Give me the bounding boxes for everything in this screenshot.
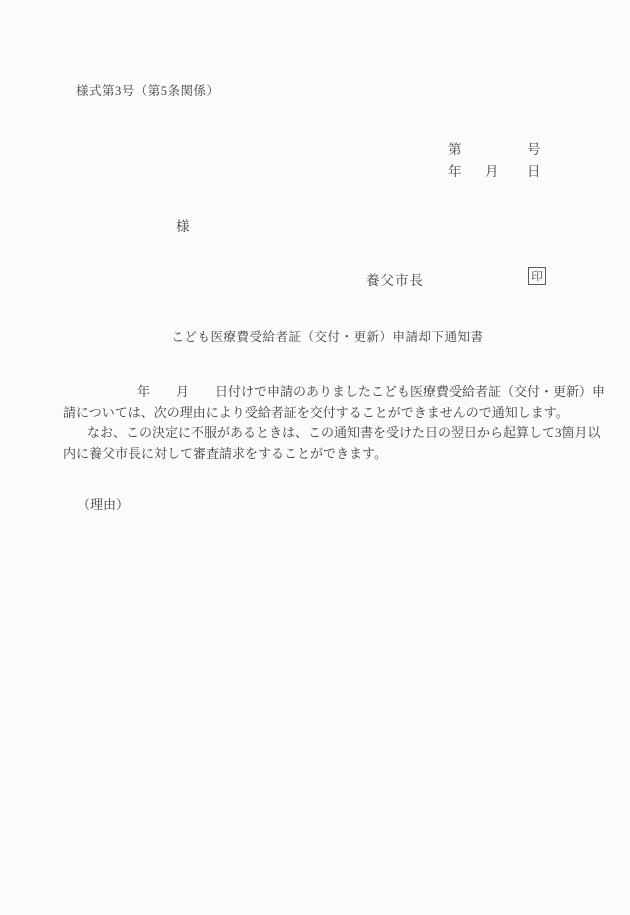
document-page: 様式第3号（第5条関係） 第 号 年 月 日 様 養父市長 印 こども医療費受給…	[0, 0, 630, 915]
body-line-4: 内に養父市長に対して審査請求をすることができます。	[63, 444, 605, 465]
seal-label: 印	[531, 268, 543, 284]
reason-label: （理由）	[77, 494, 129, 513]
date-year-label: 年	[448, 160, 462, 180]
doc-number-prefix: 第	[448, 138, 462, 158]
sender-name: 養父市長	[366, 269, 424, 289]
body-line-3: なお、この決定に不服があるときは、この通知書を受けた日の翌日から起算して3箇月以	[63, 423, 605, 444]
body-paragraph: 年 月 日付けで申請のありましたこども医療費受給者証（交付・更新）申 請について…	[63, 382, 605, 465]
date-month-label: 月	[485, 160, 499, 180]
doc-number-suffix: 号	[527, 138, 541, 158]
document-title: こども医療費受給者証（交付・更新）申請却下通知書	[0, 327, 630, 345]
recipient-honorific: 様	[176, 215, 190, 235]
seal-placeholder-box: 印	[528, 267, 546, 285]
form-number-label: 様式第3号（第5条関係）	[76, 81, 220, 99]
body-line-1: 年 月 日付けで申請のありましたこども医療費受給者証（交付・更新）申	[63, 382, 605, 403]
body-line-2: 請については、次の理由により受給者証を交付することができませんので通知します。	[63, 403, 605, 424]
date-day-label: 日	[527, 160, 541, 180]
